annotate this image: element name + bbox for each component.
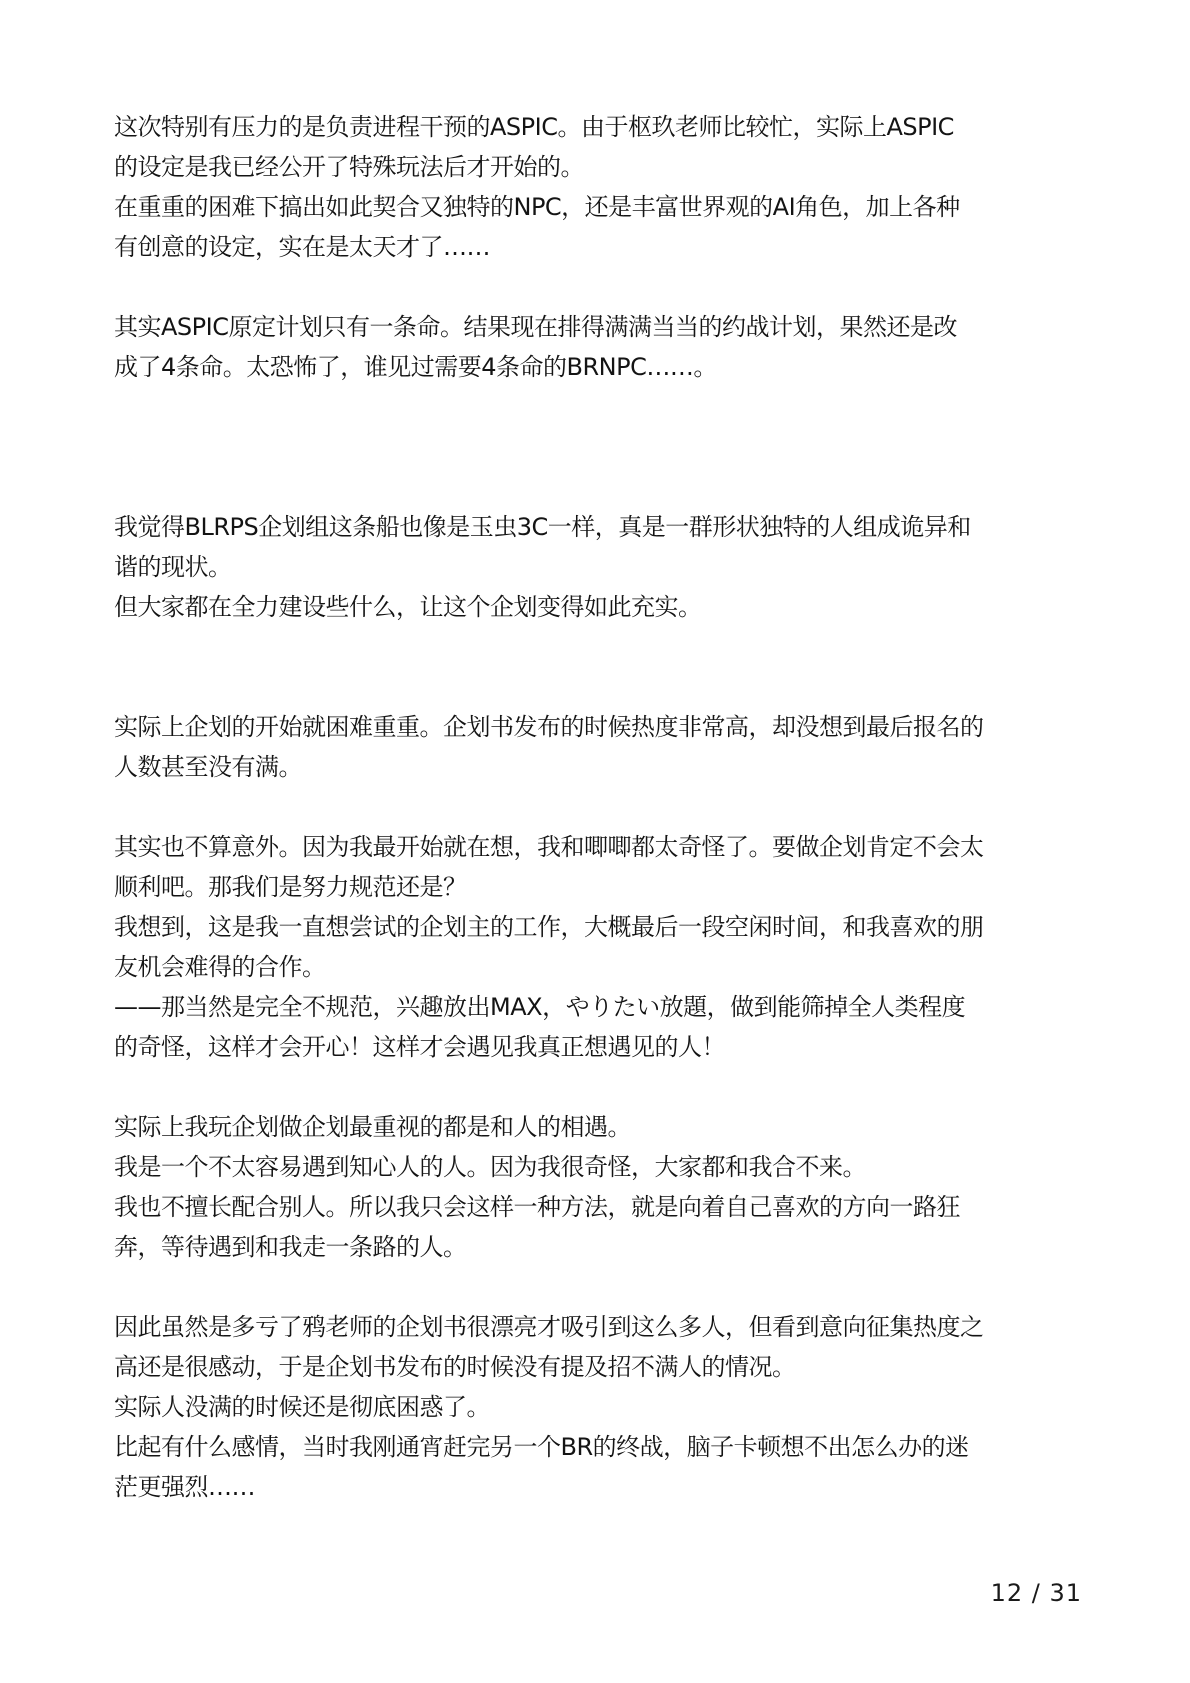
text-line: 友机会难得的合作。 — [114, 948, 326, 986]
text-line: 人数甚至没有满。 — [114, 748, 302, 786]
text-line: 比起有什么感情，当时我刚通宵赶完另一个BR的终战，脑子卡顿想不出怎么办的迷 — [114, 1428, 969, 1466]
text-line: 有创意的设定，实在是太天才了…… — [114, 228, 490, 266]
text-line: 这次特别有压力的是负责进程干预的ASPIC。由于枢玖老师比较忙，实际上ASPIC — [114, 108, 954, 146]
text-line: 的奇怪，这样才会开心！这样才会遇见我真正想遇见的人！ — [114, 1028, 725, 1066]
text-line: 我想到，这是我一直想尝试的企划主的工作，大概最后一段空闲时间，和我喜欢的朋 — [114, 908, 984, 946]
text-line: ——那当然是完全不规范，兴趣放出MAX，やりたい放題，做到能筛掉全人类程度 — [114, 988, 965, 1026]
text-line: 我也不擅长配合别人。所以我只会这样一种方法，就是向着自己喜欢的方向一路狂 — [114, 1188, 960, 1226]
text-line: 的设定是我已经公开了特殊玩法后才开始的。 — [114, 148, 584, 186]
text-line: 实际上我玩企划做企划最重视的都是和人的相遇。 — [114, 1108, 631, 1146]
text-line: 但大家都在全力建设些什么，让这个企划变得如此充实。 — [114, 588, 702, 626]
text-line: 实际人没满的时候还是彻底困惑了。 — [114, 1388, 490, 1426]
text-line: 高还是很感动，于是企划书发布的时候没有提及招不满人的情况。 — [114, 1348, 796, 1386]
text-line: 顺利吧。那我们是努力规范还是？ — [114, 868, 467, 906]
text-line: 其实ASPIC原定计划只有一条命。结果现在排得满满当当的约战计划，果然还是改 — [114, 308, 957, 346]
text-line: 奔，等待遇到和我走一条路的人。 — [114, 1228, 467, 1266]
text-line: 我觉得BLRPS企划组这条船也像是玉虫3C一样，真是一群形状独特的人组成诡异和 — [114, 508, 971, 546]
text-line: 在重重的困难下搞出如此契合又独特的NPC，还是丰富世界观的AI角色，加上各种 — [114, 188, 960, 226]
text-line: 其实也不算意外。因为我最开始就在想，我和唧唧都太奇怪了。要做企划肯定不会太 — [114, 828, 984, 866]
text-line: 我是一个不太容易遇到知心人的人。因为我很奇怪，大家都和我合不来。 — [114, 1148, 866, 1186]
text-line: 茫更强烈…… — [114, 1468, 255, 1506]
page-number: 12 / 31 — [991, 1578, 1082, 1608]
text-line: 成了4条命。太恐怖了，谁见过需要4条命的BRNPC……。 — [114, 348, 717, 386]
text-line: 因此虽然是多亏了鸦老师的企划书很漂亮才吸引到这么多人，但看到意向征集热度之 — [114, 1308, 984, 1346]
text-line: 实际上企划的开始就困难重重。企划书发布的时候热度非常高，却没想到最后报名的 — [114, 708, 984, 746]
text-line: 谐的现状。 — [114, 548, 232, 586]
